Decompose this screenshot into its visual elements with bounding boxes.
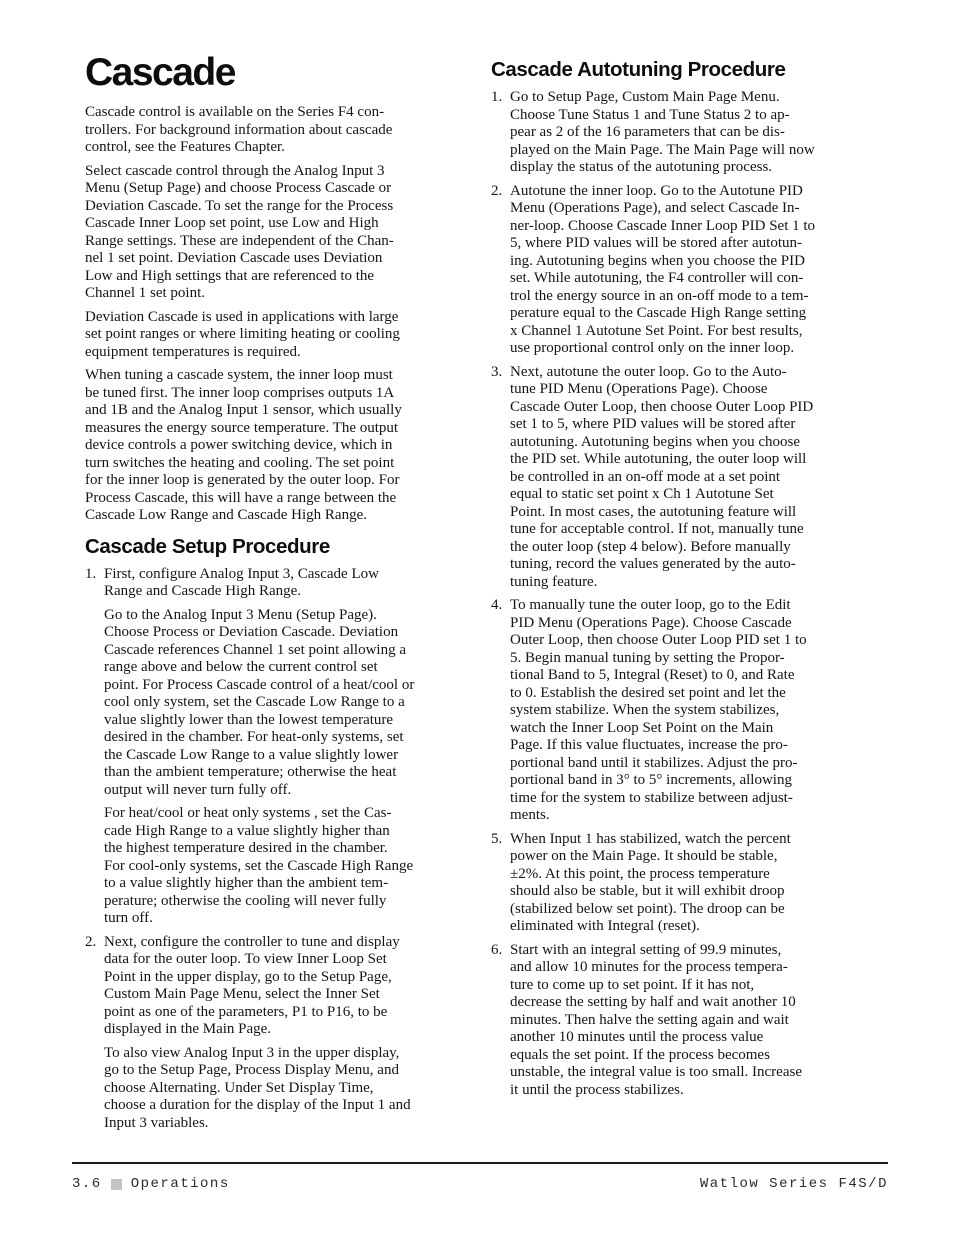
list-item-body: Go to Setup Page, Custom Main Page Menu.… xyxy=(510,89,871,177)
list-item-body: To manually tune the outer loop, go to t… xyxy=(510,597,871,825)
list-item-body: First, configure Analog Input 3, Cascade… xyxy=(104,566,456,928)
page-title: Cascade xyxy=(85,52,456,94)
list-item: 3. Next, autotune the outer loop. Go to … xyxy=(491,364,871,592)
right-column: Cascade Autotuning Procedure 1. Go to Se… xyxy=(491,0,871,1138)
body-paragraph: Autotune the inner loop. Go to the Autot… xyxy=(510,183,871,358)
list-item: 2. Autotune the inner loop. Go to the Au… xyxy=(491,183,871,358)
autotuning-procedure-list: 1. Go to Setup Page, Custom Main Page Me… xyxy=(491,89,871,1099)
list-item-number: 1. xyxy=(491,89,510,177)
intro-paragraph: Select cascade control through the Analo… xyxy=(85,163,456,303)
list-item: 2. Next, configure the controller to tun… xyxy=(85,934,456,1133)
body-paragraph: To also view Analog Input 3 in the upper… xyxy=(104,1045,456,1133)
list-item-body: Start with an integral setting of 99.9 m… xyxy=(510,942,871,1100)
list-item-number: 1. xyxy=(85,566,104,928)
list-item-body: Next, autotune the outer loop. Go to the… xyxy=(510,364,871,592)
footer-section-label: Operations xyxy=(131,1176,230,1192)
autotuning-procedure-heading: Cascade Autotuning Procedure xyxy=(491,58,871,82)
footer-page-number: 3.6 xyxy=(72,1176,102,1192)
list-item: 5. When Input 1 has stabilized, watch th… xyxy=(491,831,871,936)
body-paragraph: Next, autotune the outer loop. Go to the… xyxy=(510,364,871,592)
body-paragraph: Next, configure the controller to tune a… xyxy=(104,934,456,1039)
list-item: 1. Go to Setup Page, Custom Main Page Me… xyxy=(491,89,871,177)
body-paragraph: When Input 1 has stabilized, watch the p… xyxy=(510,831,871,936)
manual-page: Cascade Cascade control is available on … xyxy=(85,0,871,1138)
intro-paragraph: When tuning a cascade system, the inner … xyxy=(85,367,456,525)
footer-product-label: Watlow Series F4S/D xyxy=(700,1176,888,1192)
body-paragraph: Go to Setup Page, Custom Main Page Menu.… xyxy=(510,89,871,177)
list-item-number: 4. xyxy=(491,597,510,825)
list-item: 6. Start with an integral setting of 99.… xyxy=(491,942,871,1100)
list-item-number: 5. xyxy=(491,831,510,936)
left-column: Cascade Cascade control is available on … xyxy=(85,0,456,1138)
intro-paragraph: Cascade control is available on the Seri… xyxy=(85,104,456,157)
list-item-body: Autotune the inner loop. Go to the Autot… xyxy=(510,183,871,358)
list-item-body: Next, configure the controller to tune a… xyxy=(104,934,456,1133)
footer-left: 3.6 Operations xyxy=(72,1176,230,1192)
intro-paragraph: Deviation Cascade is used in application… xyxy=(85,309,456,362)
body-paragraph: For heat/cool or heat only systems , set… xyxy=(104,805,456,928)
body-paragraph: To manually tune the outer loop, go to t… xyxy=(510,597,871,825)
list-item: 4. To manually tune the outer loop, go t… xyxy=(491,597,871,825)
list-item-number: 6. xyxy=(491,942,510,1100)
list-item-number: 3. xyxy=(491,364,510,592)
body-paragraph: First, configure Analog Input 3, Cascade… xyxy=(104,566,456,601)
list-item-body: When Input 1 has stabilized, watch the p… xyxy=(510,831,871,936)
body-paragraph: Start with an integral setting of 99.9 m… xyxy=(510,942,871,1100)
page-footer: 3.6 Operations Watlow Series F4S/D xyxy=(72,1162,888,1192)
body-paragraph: Go to the Analog Input 3 Menu (Setup Pag… xyxy=(104,607,456,800)
section-marker-icon xyxy=(111,1179,122,1190)
list-item-number: 2. xyxy=(85,934,104,1133)
list-item-number: 2. xyxy=(491,183,510,358)
setup-procedure-heading: Cascade Setup Procedure xyxy=(85,535,456,559)
setup-procedure-list: 1. First, configure Analog Input 3, Casc… xyxy=(85,566,456,1133)
list-item: 1. First, configure Analog Input 3, Casc… xyxy=(85,566,456,928)
